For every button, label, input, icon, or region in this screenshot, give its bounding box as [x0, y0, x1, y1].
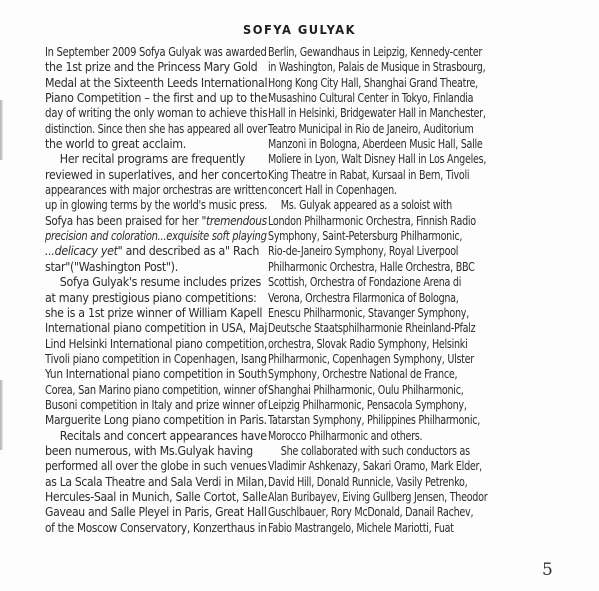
text-line: Philharmonic, Copenhagen Symphony, Ulste… — [268, 352, 500, 367]
paragraph-start-line: She collaborated with such conductors as — [268, 444, 500, 459]
text-run: Sofya has been praised for her " — [45, 214, 206, 228]
text-line: up in glowing terms by the world's music… — [45, 198, 242, 213]
text-line: Symphony, Saint-Petersburg Philharmonic, — [268, 229, 500, 244]
text-line: Lind Helsinki International piano compet… — [45, 337, 252, 352]
text-line: Yun International piano competition in S… — [45, 367, 256, 382]
scan-edge-mark — [0, 100, 3, 160]
text-line: Shanghai Philharmonic, Oulu Philharmonic… — [268, 383, 500, 398]
paragraph-start-line: Her recital programs are frequently — [45, 152, 267, 167]
paragraph-start-line: Sofya Gulyak's resume includes prizes — [45, 275, 267, 290]
text-line: ...delicacy yet" and described as a" Rac… — [45, 244, 267, 259]
text-line: Vladimir Ashkenazy, Sakari Oramo, Mark E… — [268, 459, 500, 474]
text-line: Deutsche Staatsphilharmonie Rheinland-Pf… — [268, 321, 500, 336]
text-line: Philharmonic Orchestra, Halle Orchestra,… — [268, 260, 500, 275]
text-line: King Theatre in Rabat, Kursaal in Bern, … — [268, 168, 500, 183]
text-line: Manzoni in Bologna, Aberdeen Music Hall,… — [268, 137, 500, 152]
text-line: Hong Kong City Hall, Shanghai Grand Thea… — [268, 76, 500, 91]
text-line: as La Scala Theatre and Sala Verdi in Mi… — [45, 475, 261, 490]
text-line: the 1st prize and the Princess Mary Gold — [45, 60, 267, 75]
page-title: SOFYA GULYAK — [24, 22, 575, 37]
text-line: star"("Washington Post"). — [45, 260, 267, 275]
text-line: Rio-de-Janeiro Symphony, Royal Liverpool — [268, 244, 500, 259]
text-line: Hall in Helsinki, Bridgewater Hall in Ma… — [268, 106, 500, 121]
paragraph-start-line: Recitals and concert appearances have — [45, 429, 267, 444]
page-number: 5 — [542, 560, 553, 580]
text-line: Verona, Orchestra Filarmonica of Bologna… — [268, 291, 500, 306]
text-line: Teatro Municipal in Rio de Janeiro, Audi… — [268, 122, 500, 137]
text-line: Symphony, Orchestre National de France, — [268, 367, 500, 382]
scan-edge-mark — [0, 380, 3, 450]
text-line: Scottish, Orchestra of Fondazione Arena … — [268, 275, 500, 290]
text-line: International piano competition in USA, … — [45, 321, 261, 336]
text-line: Tatarstan Symphony, Philippines Philharm… — [268, 413, 500, 428]
text-line: Alan Buribayev, Eiving Gullberg Jensen, … — [268, 490, 500, 505]
text-line: she is a 1st prize winner of William Kap… — [45, 306, 267, 321]
quote-italic-line: precision and coloration...exquisite sof… — [45, 229, 244, 244]
text-line: Piano Competition – the first and up to … — [45, 91, 267, 106]
quote-italic: tremendous — [206, 214, 267, 228]
text-line: at many prestigious piano competitions: — [45, 291, 267, 306]
text-line: David Hill, Donald Runnicle, Vasily Petr… — [268, 475, 500, 490]
text-line: reviewed in superlatives, and her concer… — [45, 168, 265, 183]
text-line: day of writing the only woman to achieve… — [45, 106, 251, 121]
text-line: Leipzig Philharmonic, Pensacola Symphony… — [268, 398, 500, 413]
quote-italic: ...delicacy yet — [45, 244, 118, 258]
text-line: Moliere in Lyon, Walt Disney Hall in Los… — [268, 152, 500, 167]
text-line: the world to great acclaim. — [45, 137, 267, 152]
text-line: distinction. Since then she has appeared… — [45, 122, 238, 137]
text-line: Musashino Cultural Center in Tokyo, Finl… — [268, 91, 500, 106]
text-run: " and described as a" Rach — [118, 244, 259, 258]
text-line: In September 2009 Sofya Gulyak was award… — [45, 45, 244, 60]
left-text-column: In September 2009 Sofya Gulyak was award… — [45, 45, 285, 536]
text-line: orchestra, Slovak Radio Symphony, Helsin… — [268, 337, 500, 352]
text-line: London Philharmonic Orchestra, Finnish R… — [268, 214, 500, 229]
right-text-column: Berlin, Gewandhaus in Leipzig, Kennedy-c… — [268, 45, 558, 536]
text-line: Gaveau and Salle Pleyel in Paris, Great … — [45, 505, 262, 520]
text-line: Berlin, Gewandhaus in Leipzig, Kennedy-c… — [268, 45, 500, 60]
text-line: Enescu Philharmonic, Stavanger Symphony, — [268, 306, 500, 321]
text-line: Medal at the Sixteenth Leeds Internation… — [45, 76, 266, 91]
text-line: in Washington, Palais de Musique in Stra… — [268, 60, 500, 75]
text-line: Marguerite Long piano competition in Par… — [45, 413, 261, 428]
text-line: appearances with major orchestras are wr… — [45, 183, 245, 198]
text-line: Sofya has been praised for her "tremendo… — [45, 214, 256, 229]
text-line: Guschlbauer, Rory McDonald, Danail Rache… — [268, 505, 500, 520]
text-line: Morocco Philharmonic and others. — [268, 429, 500, 444]
text-line: Fabio Mastrangelo, Michele Mariotti, Fua… — [268, 521, 500, 536]
text-line: Busoni competition in Italy and prize wi… — [45, 398, 247, 413]
paragraph-start-line: Ms. Gulyak appeared as a soloist with — [268, 198, 500, 213]
text-line: Corea, San Marino piano competition, win… — [45, 383, 242, 398]
text-line: concert Hall in Copenhagen. — [268, 183, 500, 198]
text-line: Tivoli piano competition in Copenhagen, … — [45, 352, 248, 367]
text-line: of the Moscow Conservatory, Konzerthaus … — [45, 521, 255, 536]
text-line: Hercules-Saal in Munich, Salle Cortot, S… — [45, 490, 264, 505]
text-line: performed all over the globe in such ven… — [45, 459, 257, 474]
text-line: been numerous, with Ms.Gulyak having — [45, 444, 267, 459]
